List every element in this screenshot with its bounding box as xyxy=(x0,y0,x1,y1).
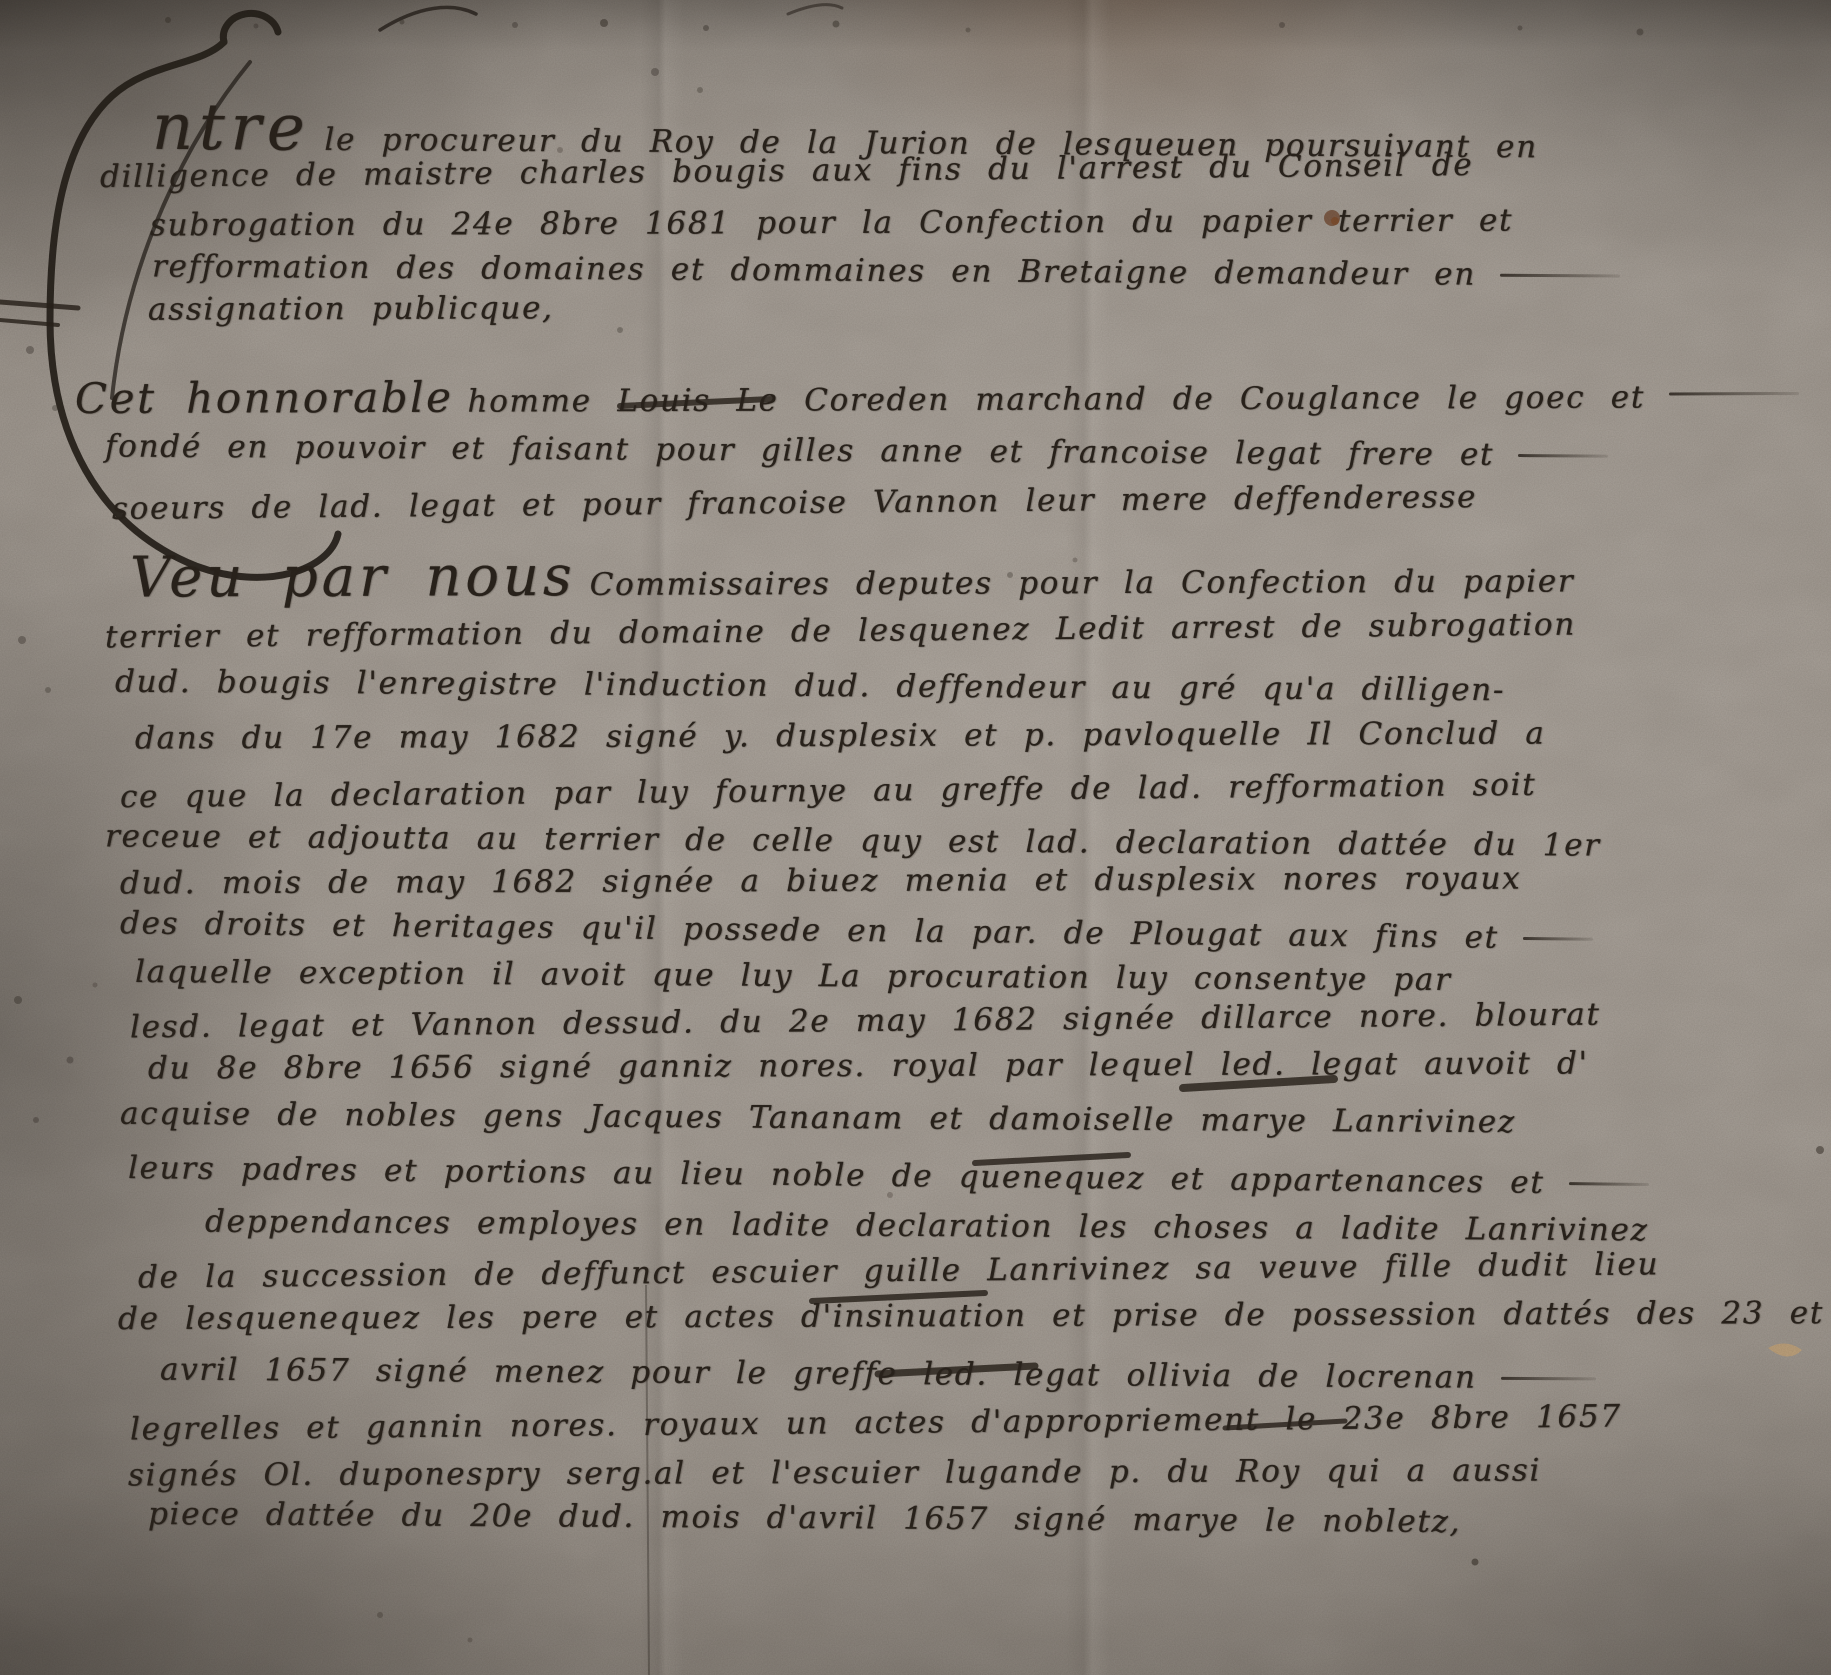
manuscript-line: deppendances employes en ladite declarat… xyxy=(205,1207,1649,1247)
section-heading-line: Veu par nous Commissaires deputes pour l… xyxy=(130,545,1575,606)
manuscript-line: dud. bougis l'enregistre l'induction dud… xyxy=(115,667,1505,706)
manuscript-line: dud. mois de may 1682 signée a biuez men… xyxy=(120,864,1521,900)
manuscript-photo: ntre le procureur du Roy de la Jurion de… xyxy=(0,0,1831,1675)
opening-words: Cet honnorable xyxy=(75,377,454,420)
manuscript-line: de lesquenequez les pere et actes d'insi… xyxy=(118,1298,1831,1335)
manuscript-line: fondé en pouvoir et faisant pour gilles … xyxy=(105,431,1608,471)
manuscript-line: refformation des domaines et dommaines e… xyxy=(152,252,1620,292)
pen-flourish xyxy=(1568,1182,1648,1186)
manuscript-line: piece dattée du 20e dud. mois d'avril 16… xyxy=(148,1499,1461,1538)
pen-flourish xyxy=(1501,1377,1596,1381)
pen-flourish xyxy=(1500,274,1620,278)
manuscript-line: subrogation du 24e 8bre 1681 pour la Con… xyxy=(150,206,1513,242)
manuscript-line: assignation publicque, xyxy=(148,293,554,325)
manuscript-line: signés Ol. duponespry serg.al et l'escui… xyxy=(128,1456,1541,1492)
manuscript-line: receue et adjoutta au terrier de celle q… xyxy=(105,821,1601,861)
manuscript-line: du 8e 8bre 1656 signé ganniz nores. roya… xyxy=(148,1048,1589,1084)
pen-flourish xyxy=(1518,454,1608,458)
manuscript-line: avril 1657 signé menez pour le greffe le… xyxy=(160,1355,1596,1395)
pen-flourish xyxy=(1669,391,1799,394)
opening-word-rest: ntre xyxy=(152,96,311,161)
pen-flourish xyxy=(1523,937,1593,941)
manuscript-line: laquelle exception il avoit que luy La p… xyxy=(135,957,1452,996)
manuscript-line: dans du 17e may 1682 signé y. dusplesix … xyxy=(135,719,1546,755)
manuscript-line: acquise de nobles gens Jacques Tananam e… xyxy=(120,1099,1516,1139)
manuscript-line: Cet honnorable homme Louis Le Coreden ma… xyxy=(75,372,1799,420)
section-heading: Veu par nous xyxy=(130,549,576,607)
